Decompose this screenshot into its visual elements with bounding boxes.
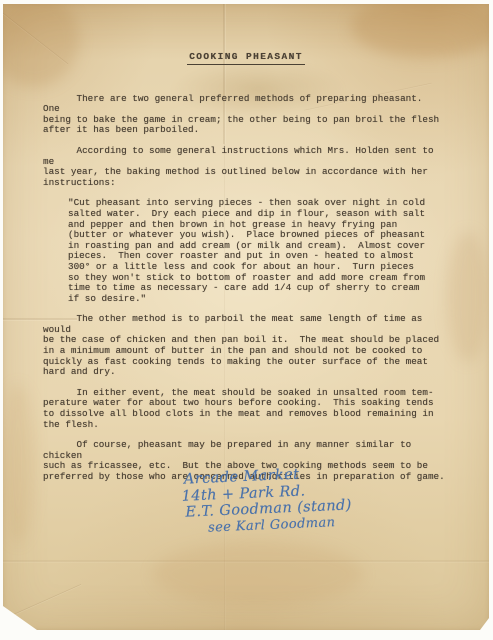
document-title: COOKING PHEASANT <box>187 52 305 65</box>
fold-crease-horizontal-bottom <box>3 560 489 563</box>
scan-background: COOKING PHEASANT There are two general p… <box>0 0 493 640</box>
paragraph-parboil-method: The other method is to parboil the meat … <box>43 314 449 378</box>
paper-document: COOKING PHEASANT There are two general p… <box>3 4 489 630</box>
paragraph-attribution: According to some general instructions w… <box>43 146 449 188</box>
paragraph-soaking: In either event, the meat should be soak… <box>43 388 449 430</box>
paragraph-quoted-instructions: "Cut pheasant into serving pieces - then… <box>68 198 435 304</box>
document-title-text: COOKING PHEASANT <box>189 51 303 62</box>
wrinkle-bottom-left <box>0 584 82 622</box>
document-content: COOKING PHEASANT There are two general p… <box>43 52 449 493</box>
title-row: COOKING PHEASANT <box>43 52 449 65</box>
paper-stain-bottom <box>153 542 363 606</box>
paragraph-intro: There are two general preferred methods … <box>43 94 449 136</box>
paper-stain-left <box>1 384 35 544</box>
paper-stain-top-right <box>351 0 493 58</box>
paper-stain-right <box>447 232 489 362</box>
handwritten-note: Arcade Market 14th + Park Rd. E.T. Goodm… <box>184 464 353 537</box>
